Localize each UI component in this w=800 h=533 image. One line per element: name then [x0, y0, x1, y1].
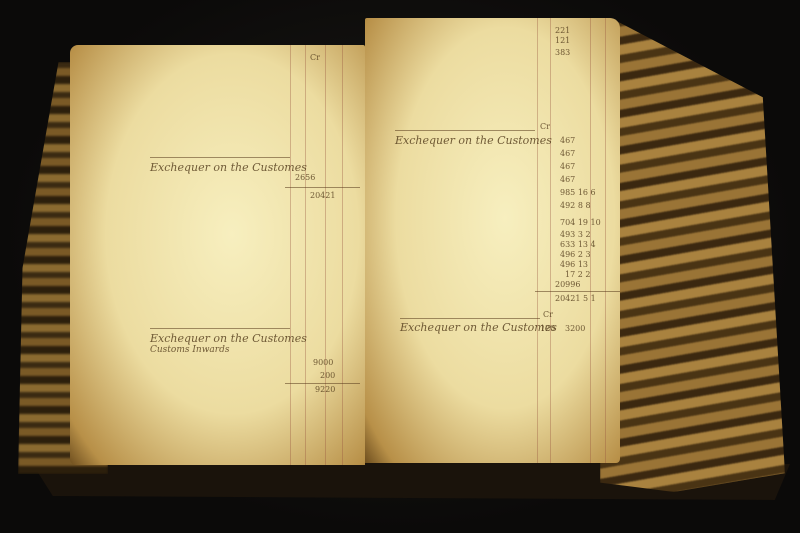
left-page: Cr Exchequer on the Customes 2656 20421 …	[70, 45, 365, 465]
line-value: 9000	[313, 358, 333, 367]
value: 493 3 2	[560, 230, 591, 239]
value: 492 8 8	[560, 201, 591, 210]
top-total: 221	[555, 26, 570, 35]
value: 496 13	[560, 260, 588, 269]
cr-marker: Cr	[540, 122, 550, 131]
value: 467	[560, 175, 575, 184]
value: 467	[560, 162, 575, 171]
right-page: 221 121 383 Exchequer on the Customes Cr…	[365, 18, 620, 463]
header-mark: Cr	[310, 53, 320, 62]
entry-heading: Exchequer on the Customes	[400, 321, 557, 334]
right-page-edges	[600, 22, 785, 492]
total: 20421	[310, 191, 335, 200]
folio: 120	[540, 324, 555, 333]
value: 985 16 6	[560, 188, 596, 197]
value: 496 2 3	[560, 250, 591, 259]
value: 704 19 10	[560, 218, 601, 227]
total: 2656	[295, 173, 315, 182]
value: 3200	[565, 324, 585, 333]
entry-subheading: Customs Inwards	[150, 345, 229, 355]
value: 467	[560, 149, 575, 158]
cr-marker: Cr	[543, 310, 553, 319]
value: 467	[560, 136, 575, 145]
total: 9220	[315, 385, 335, 394]
entry-heading: Exchequer on the Customes	[150, 161, 307, 174]
entry-heading: Exchequer on the Customes	[395, 134, 552, 147]
value: 17 2 2	[565, 270, 590, 279]
value: 20996	[555, 280, 580, 289]
entry-heading: Exchequer on the Customes	[150, 332, 307, 345]
value: 633 13 4	[560, 240, 596, 249]
top-total: 383	[555, 48, 570, 57]
line-value: 200	[320, 371, 335, 380]
top-total: 121	[555, 36, 570, 45]
total: 20421 5 1	[555, 294, 596, 303]
ledger-book: Cr Exchequer on the Customes 2656 20421 …	[0, 0, 800, 533]
